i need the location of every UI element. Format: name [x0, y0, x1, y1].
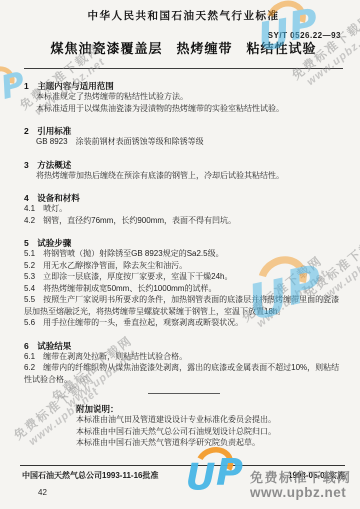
clause: 6.2 缠带内的纤维织物从煤焦油瓷漆处剥离，露出的底漆或金属表面不超过10%，则… — [24, 362, 343, 385]
footer: 中国石油天然气总公司1993-11-16批准 1994-05-01实施 — [22, 470, 345, 481]
watermark-site-url: www.upbz.net — [250, 485, 352, 500]
footer-divider — [20, 465, 345, 466]
appendix-line: 本标准由中国石油天然气管道科学研究院负责起草。 — [76, 437, 343, 449]
paragraph: 本标准适用于以煤焦油瓷漆为浸渍物的热烤缠带的实验室粘结性试验。 — [24, 103, 343, 115]
section-scope: 1 主题内容与适用范围 本标准规定了热烤缠带的粘结性试验方法。 本标准适用于以煤… — [24, 81, 343, 114]
header-divider — [24, 68, 343, 69]
document-title: 煤焦油瓷漆覆盖层 热烤缠带 粘结性试验 — [24, 41, 343, 57]
section-heading: 4 设备和材料 — [24, 193, 343, 203]
clause: 5.2 用无水乙醇擦净管面，除去灰尘和油污。 — [24, 260, 343, 272]
section-method-overview: 3 方法概述 将热烤缠带加热后缠绕在预涂有底漆的钢管上，冷却后试验其粘结性。 — [24, 160, 343, 182]
paragraph: 本标准规定了热烤缠带的粘结性试验方法。 — [24, 91, 343, 103]
clause: 5.5 按照生产厂家说明书所要求的条件，加热钢管表面的底漆层并将热烤缠带里面的瓷… — [24, 294, 343, 317]
section-results: 6 试验结果 6.1 缠带在剥离处拉断，则粘结性试验合格。 6.2 缠带内的纤维… — [24, 341, 343, 386]
page-number: 42 — [38, 488, 47, 497]
section-heading: 1 主题内容与适用范围 — [24, 81, 343, 91]
clause: 5.3 立即涂一层底漆，厚度按厂家要求，室温下干燥24h。 — [24, 271, 343, 283]
clause: 4.1 喷灯。 — [24, 203, 343, 215]
clause: 6.1 缠带在剥离处拉断，则粘结性试验合格。 — [24, 351, 343, 363]
appendix-notes: 附加说明： 本标准由油气田及管道建设设计专业标准化委员会提出。 本标准由中国石油… — [24, 404, 343, 449]
clause: 5.1 将钢管喷（抛）射除锈至GB 8923规定的Sa2.5级。 — [24, 248, 343, 260]
paragraph: GB 8923 涂装前钢材表面锈蚀等级和除锈等级 — [24, 136, 343, 148]
clause: 5.6 用手拉住缠带的一头，垂直拉起，观察剥离或断裂状况。 — [24, 317, 343, 329]
document-content: 中华人民共和国石油天然气行业标准 SY/T 0526.22—93 煤焦油瓷漆覆盖… — [0, 0, 360, 449]
appendix-line: 本标准由中国石油天然气总公司石油规划设计总院归口。 — [76, 426, 343, 438]
standard-org-title: 中华人民共和国石油天然气行业标准 — [24, 10, 343, 23]
clause: 4.2 钢管，直径约76mm，长约900mm，表面不得有凹坑。 — [24, 215, 343, 227]
document-page: 中华人民共和国石油天然气行业标准 SY/T 0526.22—93 煤焦油瓷漆覆盖… — [0, 0, 360, 509]
clause: 5.4 将热烤缠带制成宽50mm、长约1000mm的试样。 — [24, 283, 343, 295]
appendix-line: 本标准由油气田及管道建设设计专业标准化委员会提出。 — [76, 414, 343, 426]
section-heading: 5 试验步骤 — [24, 238, 343, 248]
standard-number: SY/T 0526.22—93 — [24, 31, 341, 40]
paragraph: 将热烤缠带加热后缠绕在预涂有底漆的钢管上，冷却后试验其粘结性。 — [24, 170, 343, 182]
end-of-body-divider — [148, 393, 220, 394]
section-heading: 2 引用标准 — [24, 126, 343, 136]
section-procedure: 5 试验步骤 5.1 将钢管喷（抛）射除锈至GB 8923规定的Sa2.5级。 … — [24, 238, 343, 329]
section-heading: 3 方法概述 — [24, 160, 343, 170]
section-references: 2 引用标准 GB 8923 涂装前钢材表面锈蚀等级和除锈等级 — [24, 126, 343, 148]
section-equipment: 4 设备和材料 4.1 喷灯。 4.2 钢管，直径约76mm，长约900mm，表… — [24, 193, 343, 226]
section-heading: 6 试验结果 — [24, 341, 343, 351]
appendix-heading: 附加说明： — [76, 404, 343, 414]
approval-note: 中国石油天然气总公司1993-11-16批准 — [22, 470, 158, 481]
implementation-date: 1994-05-01实施 — [288, 470, 345, 481]
